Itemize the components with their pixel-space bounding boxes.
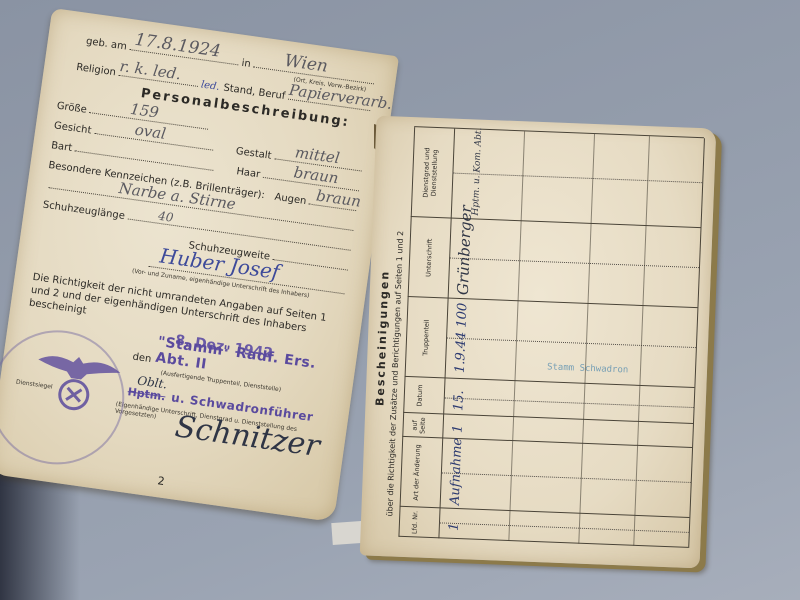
entry-art: Aufnahme [448, 438, 466, 506]
col-art: Art der Änderung [412, 439, 423, 505]
entry-lfd-nr: 1 [447, 522, 462, 531]
col-truppenteil: Truppenteil [421, 300, 432, 376]
den-label: den [132, 352, 152, 366]
in-value: Wien [283, 51, 329, 77]
right-page-content: Bescheinigungen über die Richtigkeit der… [360, 116, 717, 569]
left-page: geb. am 17.8.1924 in Wien (Ort, Kreis, V… [0, 8, 399, 522]
face-value: oval [134, 121, 167, 143]
entry-datum: 15. [451, 390, 467, 411]
spine-tab [331, 521, 362, 545]
col-lfd-nr: Lfd. Nr. [410, 509, 419, 535]
col-dienstgrad: Dienstgrad und Dienststellung [421, 129, 440, 216]
certification-table: Lfd. Nr. Art der Änderung auf Seite Datu… [398, 127, 704, 548]
entry-dienstgrad: Hptm. u. Kom. Abt. [471, 127, 484, 215]
entry-truppenteil: 1.9.44 100 [453, 303, 471, 374]
col-seite: auf Seite [410, 414, 427, 437]
shoe-length-value: 40 [157, 209, 174, 225]
right-page-title: Bescheinigungen [373, 270, 391, 407]
entry-seite: 1 [450, 424, 465, 433]
stand-prefix: led. [200, 79, 220, 92]
eagle-seal-icon [26, 339, 125, 421]
entry-unterschrift: Grünberger [454, 205, 475, 295]
col-unterschrift: Unterschrift [424, 220, 435, 296]
right-page: Bescheinigungen über die Richtigkeit der… [360, 116, 717, 569]
height-value: 159 [129, 100, 160, 122]
faded-stamp: Stamm Schwadron [547, 362, 629, 375]
shadow [0, 470, 80, 600]
religion-label: Religion [76, 62, 117, 78]
in-label: in [241, 58, 252, 70]
col-datum: Datum [415, 379, 424, 411]
